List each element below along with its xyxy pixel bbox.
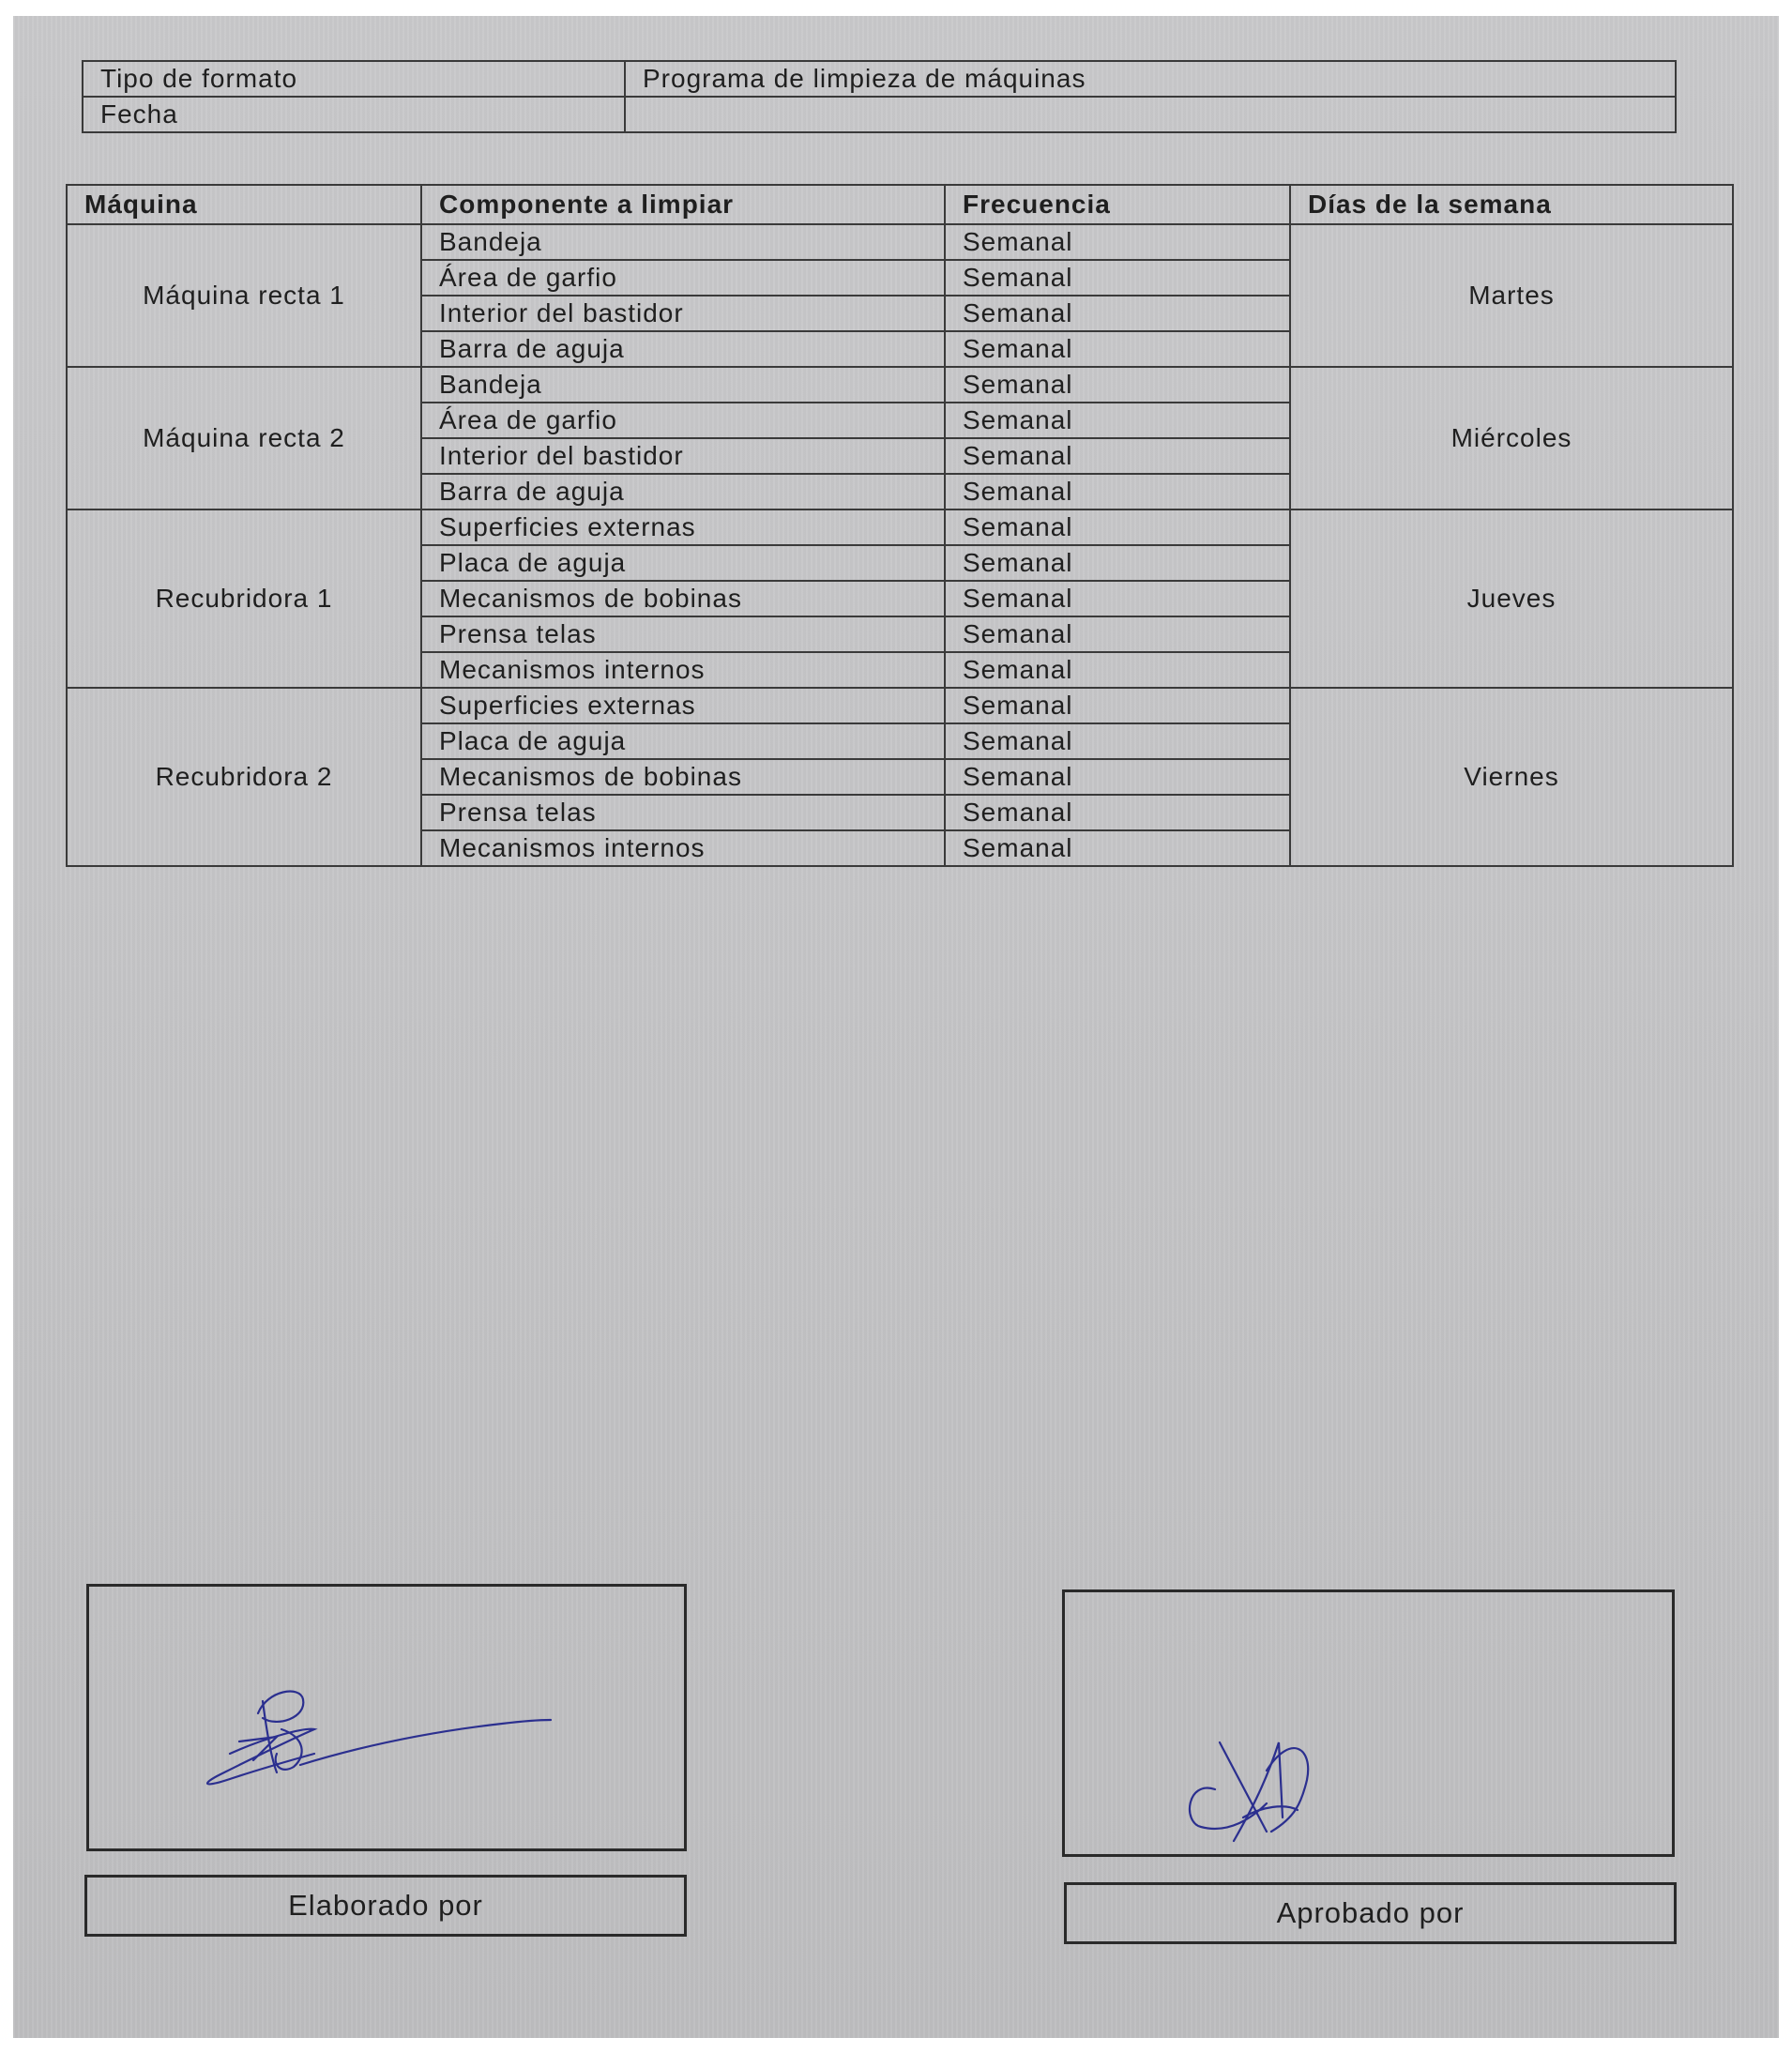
component-cell: Prensa telas [421, 616, 945, 652]
component-cell: Placa de aguja [421, 545, 945, 581]
component-cell: Prensa telas [421, 795, 945, 830]
date-row: Fecha [83, 97, 1676, 132]
machine-cell: Recubridora 1 [67, 509, 421, 688]
table-row: Máquina recta 2BandejaSemanalMiércoles [67, 367, 1733, 403]
frequency-cell: Semanal [945, 260, 1290, 296]
signature-elaborated-icon [89, 1587, 684, 1848]
frequency-cell: Semanal [945, 723, 1290, 759]
weekday-cell: Viernes [1290, 688, 1733, 866]
component-cell: Interior del bastidor [421, 296, 945, 331]
frequency-cell: Semanal [945, 296, 1290, 331]
frequency-cell: Semanal [945, 688, 1290, 723]
column-header-machine: Máquina [67, 185, 421, 224]
component-cell: Mecanismos de bobinas [421, 581, 945, 616]
elaborated-by-label: Elaborado por [84, 1875, 687, 1937]
elaborated-by-signature-box [86, 1584, 687, 1851]
format-type-value: Programa de limpieza de máquinas [625, 61, 1676, 97]
machine-cell: Recubridora 2 [67, 688, 421, 866]
column-header-day: Días de la semana [1290, 185, 1733, 224]
component-cell: Área de garfio [421, 260, 945, 296]
frequency-cell: Semanal [945, 616, 1290, 652]
component-cell: Mecanismos internos [421, 830, 945, 866]
frequency-cell: Semanal [945, 474, 1290, 509]
component-cell: Barra de aguja [421, 331, 945, 367]
component-cell: Mecanismos de bobinas [421, 759, 945, 795]
frequency-cell: Semanal [945, 224, 1290, 260]
weekday-cell: Jueves [1290, 509, 1733, 688]
frequency-cell: Semanal [945, 545, 1290, 581]
component-cell: Mecanismos internos [421, 652, 945, 688]
component-cell: Bandeja [421, 224, 945, 260]
format-type-row: Tipo de formato Programa de limpieza de … [83, 61, 1676, 97]
table-row: Recubridora 1Superficies externasSemanal… [67, 509, 1733, 545]
component-cell: Superficies externas [421, 509, 945, 545]
signature-approved-icon [1065, 1592, 1672, 1854]
component-cell: Interior del bastidor [421, 438, 945, 474]
component-cell: Barra de aguja [421, 474, 945, 509]
machine-cell: Máquina recta 1 [67, 224, 421, 367]
format-type-label: Tipo de formato [83, 61, 625, 97]
date-label: Fecha [83, 97, 625, 132]
table-row: Recubridora 2Superficies externasSemanal… [67, 688, 1733, 723]
component-cell: Placa de aguja [421, 723, 945, 759]
weekday-cell: Miércoles [1290, 367, 1733, 509]
frequency-cell: Semanal [945, 331, 1290, 367]
approved-by-label: Aprobado por [1064, 1882, 1677, 1944]
frequency-cell: Semanal [945, 759, 1290, 795]
schedule-body: Máquina recta 1BandejaSemanalMartesÁrea … [67, 224, 1733, 866]
frequency-cell: Semanal [945, 509, 1290, 545]
column-header-frequency: Frecuencia [945, 185, 1290, 224]
format-header-table: Tipo de formato Programa de limpieza de … [82, 60, 1677, 133]
frequency-cell: Semanal [945, 581, 1290, 616]
frequency-cell: Semanal [945, 795, 1290, 830]
weekday-cell: Martes [1290, 224, 1733, 367]
table-header-row: Máquina Componente a limpiar Frecuencia … [67, 185, 1733, 224]
component-cell: Bandeja [421, 367, 945, 403]
component-cell: Superficies externas [421, 688, 945, 723]
frequency-cell: Semanal [945, 438, 1290, 474]
cleaning-schedule-table: Máquina Componente a limpiar Frecuencia … [66, 184, 1734, 867]
table-row: Máquina recta 1BandejaSemanalMartes [67, 224, 1733, 260]
machine-cell: Máquina recta 2 [67, 367, 421, 509]
frequency-cell: Semanal [945, 652, 1290, 688]
frequency-cell: Semanal [945, 403, 1290, 438]
date-value [625, 97, 1676, 132]
component-cell: Área de garfio [421, 403, 945, 438]
frequency-cell: Semanal [945, 830, 1290, 866]
frequency-cell: Semanal [945, 367, 1290, 403]
approved-by-signature-box [1062, 1589, 1675, 1857]
column-header-component: Componente a limpiar [421, 185, 945, 224]
